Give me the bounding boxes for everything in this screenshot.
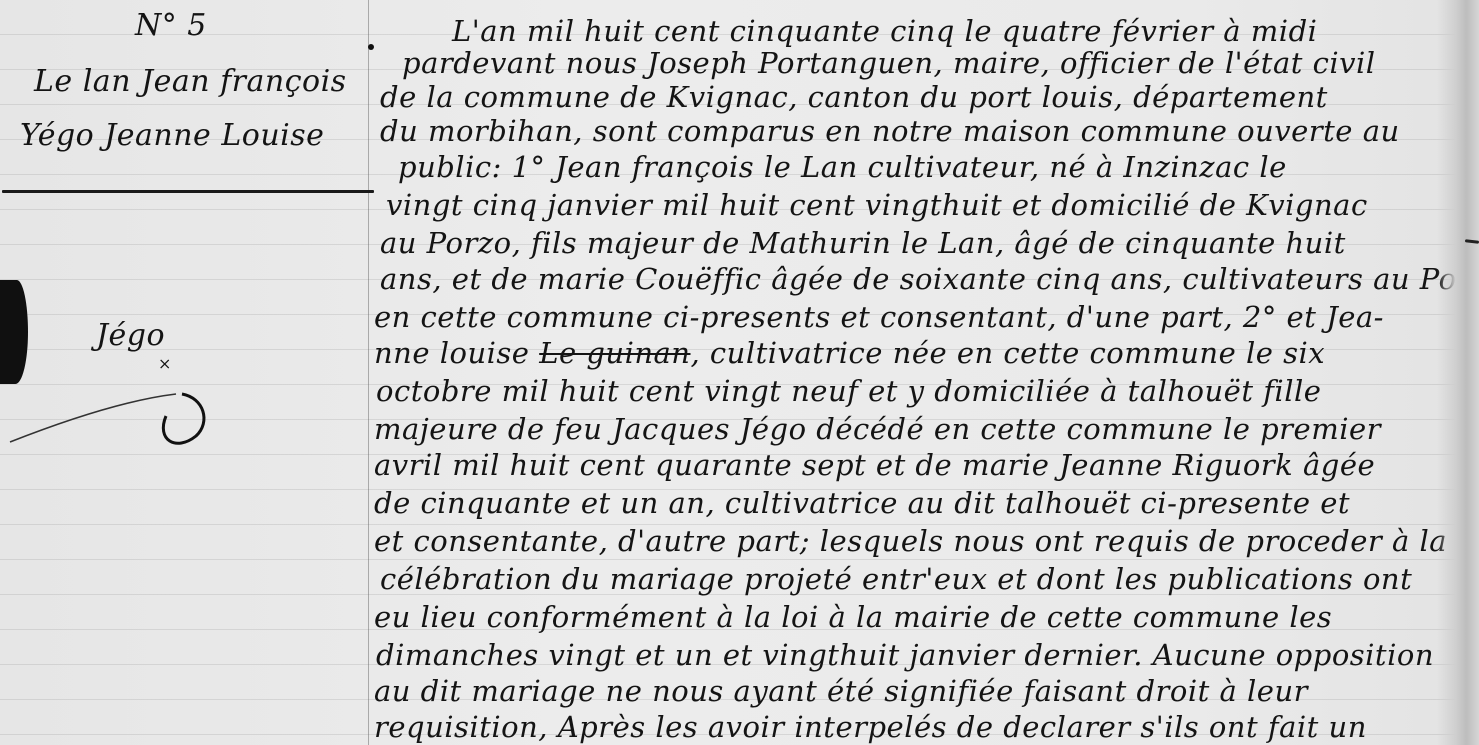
page-binding-edge bbox=[1437, 0, 1479, 745]
record-line-2: pardevant nous Joseph Portanguen, maire,… bbox=[402, 46, 1376, 80]
record-line-7: au Porzo, fils majeur de Mathurin le Lan… bbox=[380, 226, 1346, 260]
record-line-10-start: nne louise bbox=[374, 336, 539, 370]
record-line-6: vingt cinq janvier mil huit cent vingthu… bbox=[386, 188, 1368, 222]
signature-cross-mark: × bbox=[158, 354, 172, 373]
ink-blot bbox=[0, 280, 28, 384]
entry-number: N° 5 bbox=[135, 8, 207, 43]
bride-name: Yégo Jeanne Louise bbox=[20, 118, 324, 153]
record-line-17: eu lieu conformément à la loi à la mairi… bbox=[374, 600, 1332, 634]
record-line-8: ans, et de marie Couëffic âgée de soixan… bbox=[380, 262, 1479, 296]
record-line-10: nne louise Le guinan, cultivatrice née e… bbox=[374, 336, 1325, 370]
bride-signature: Jégo bbox=[96, 318, 165, 353]
record-line-3: de la commune de Kvignac, canton du port… bbox=[380, 80, 1328, 114]
margin-divider-rule bbox=[2, 190, 374, 193]
record-line-9: en cette commune ci-presents et consenta… bbox=[374, 300, 1384, 334]
record-line-19: au dit mariage ne nous ayant été signifi… bbox=[374, 674, 1308, 708]
record-line-14: de cinquante et un an, cultivatrice au d… bbox=[374, 486, 1350, 520]
record-line-4: du morbihan, sont comparus en notre mais… bbox=[380, 114, 1400, 148]
record-line-5: public: 1° Jean françois le Lan cultivat… bbox=[398, 150, 1287, 184]
record-line-20: requisition, Après les avoir interpelés … bbox=[374, 710, 1367, 744]
record-body: L'an mil huit cent cinquante cinq le qua… bbox=[372, 0, 1442, 745]
paraph-flourish-icon bbox=[6, 380, 216, 460]
record-line-10-rest: , cultivatrice née en cette commune le s… bbox=[691, 336, 1326, 370]
scanned-register-page: N° 5 Le lan Jean françois Yégo Jeanne Lo… bbox=[0, 0, 1479, 745]
struck-out-word: Le guinan bbox=[539, 336, 690, 370]
record-line-15: et consentante, d'autre part; lesquels n… bbox=[374, 524, 1447, 558]
margin-column: N° 5 Le lan Jean françois Yégo Jeanne Lo… bbox=[0, 0, 369, 745]
record-line-1: L'an mil huit cent cinquante cinq le qua… bbox=[452, 14, 1317, 48]
record-line-16: célébration du mariage projeté entr'eux … bbox=[380, 562, 1412, 596]
groom-name: Le lan Jean françois bbox=[34, 64, 347, 99]
record-line-18: dimanches vingt et un et vingthuit janvi… bbox=[376, 638, 1434, 672]
record-line-13: avril mil huit cent quarante sept et de … bbox=[374, 448, 1375, 482]
record-line-11: octobre mil huit cent vingt neuf et y do… bbox=[376, 374, 1321, 408]
record-line-12: majeure de feu Jacques Jégo décédé en ce… bbox=[374, 412, 1381, 446]
